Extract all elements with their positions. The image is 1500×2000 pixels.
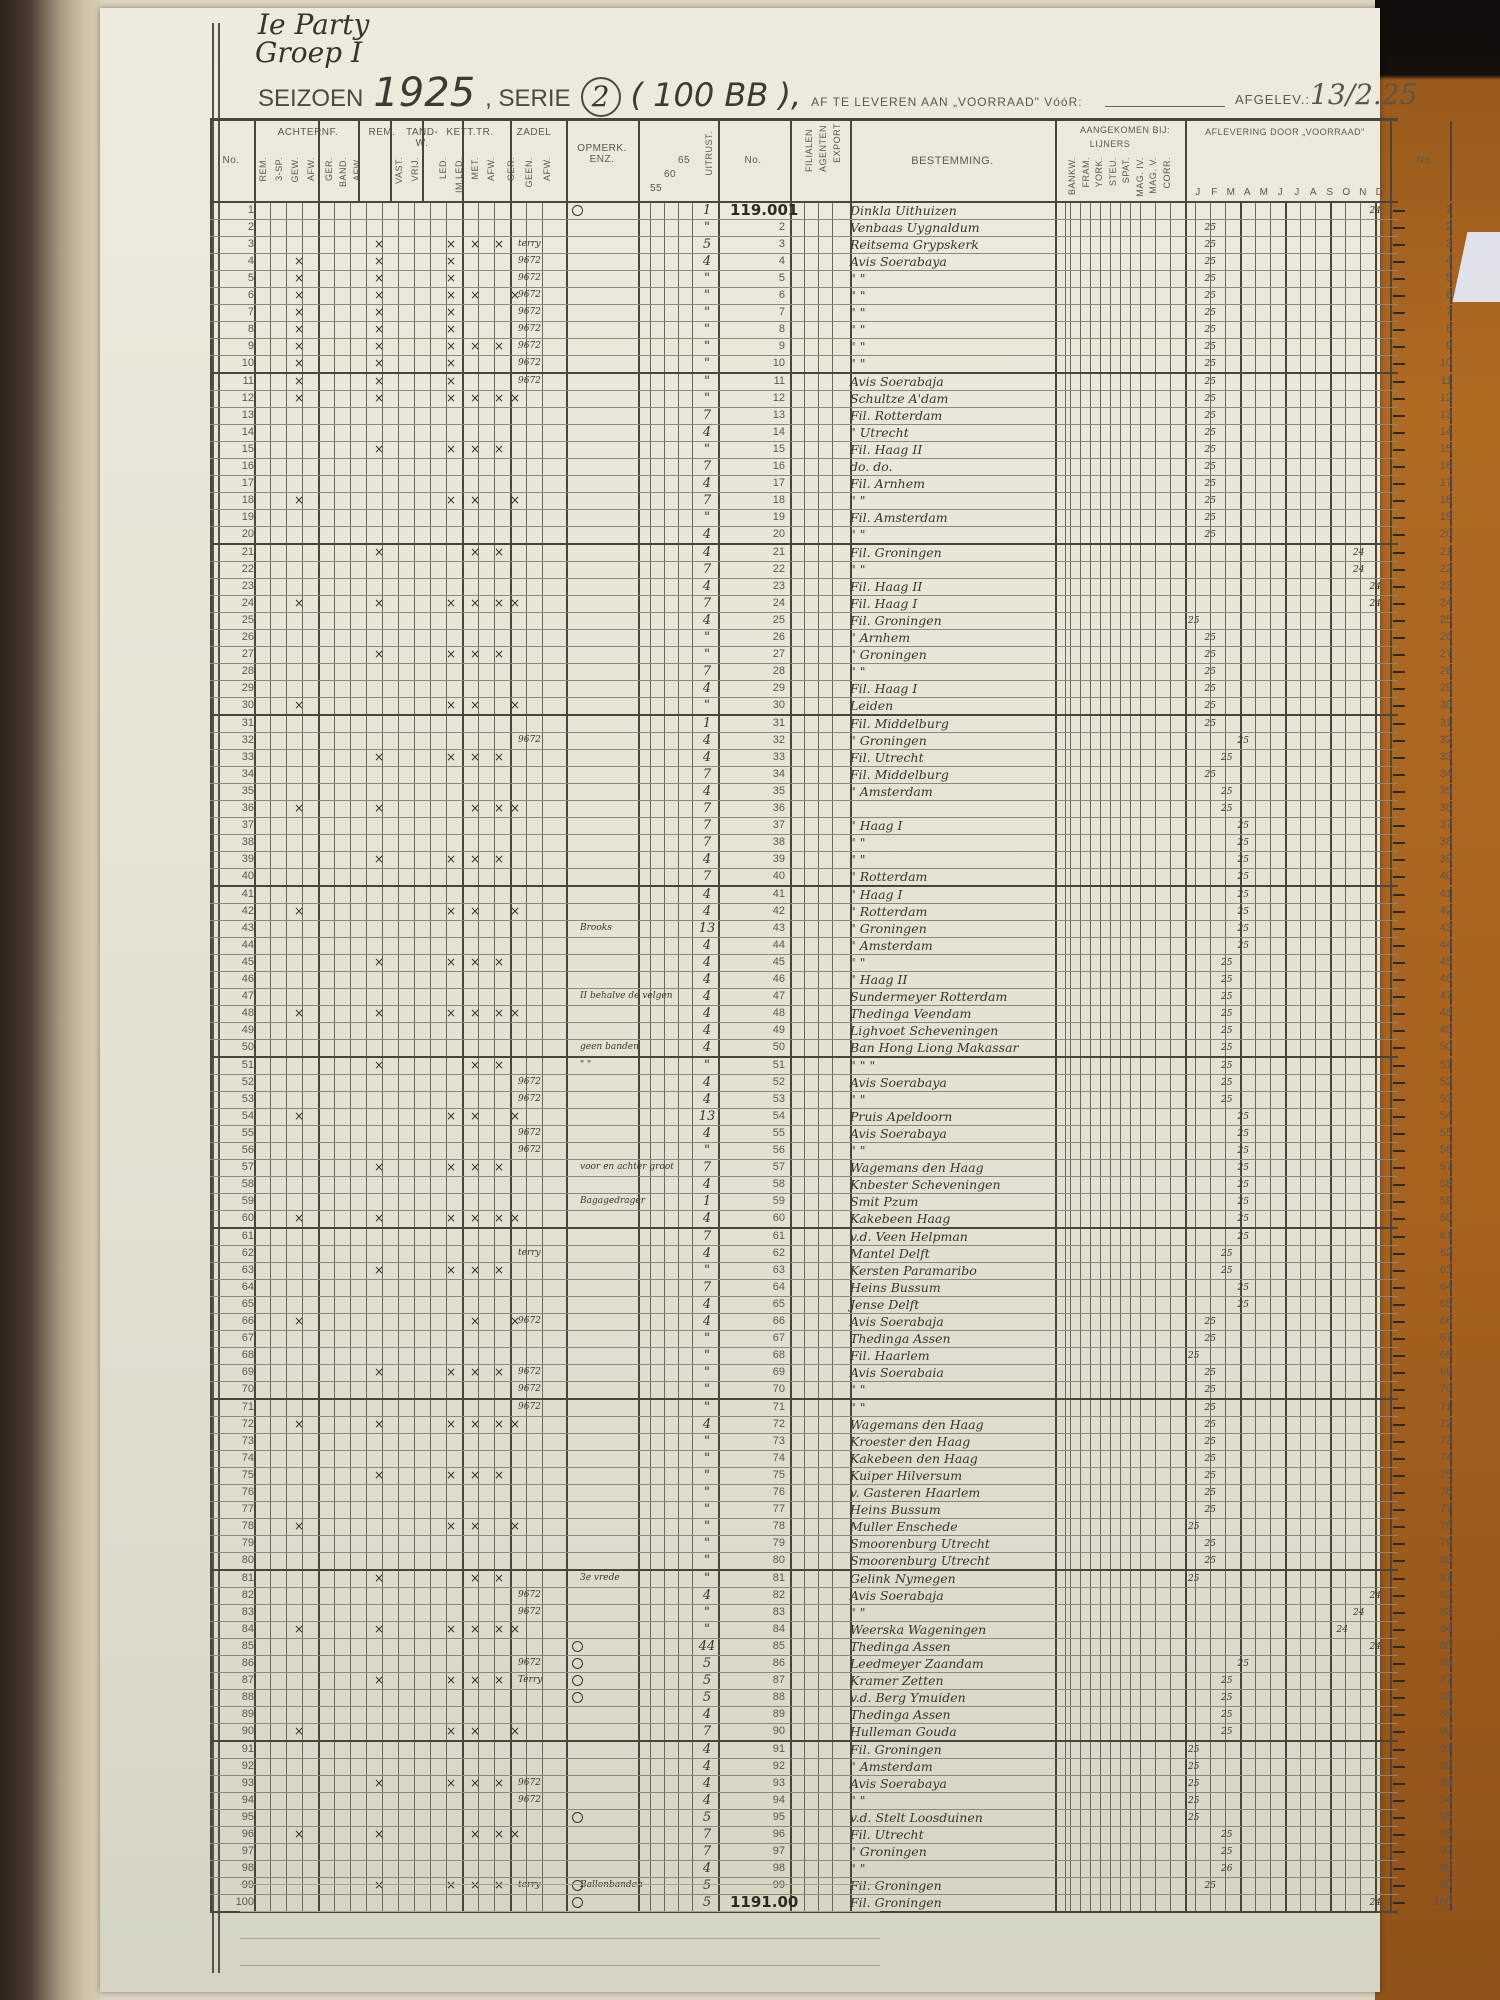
column-rule bbox=[478, 972, 479, 988]
column-rule bbox=[1080, 527, 1081, 543]
column-rule bbox=[1140, 1519, 1141, 1535]
column-rule bbox=[650, 630, 651, 646]
column-rule bbox=[1330, 750, 1332, 766]
column-rule bbox=[1055, 1006, 1057, 1022]
column-rule bbox=[526, 1485, 527, 1501]
column-rule bbox=[1315, 613, 1316, 629]
column-rule bbox=[1390, 1707, 1392, 1723]
column-rule bbox=[1185, 938, 1187, 954]
column-rule bbox=[462, 887, 464, 903]
column-rule bbox=[1375, 1776, 1377, 1792]
column-rule bbox=[526, 1331, 527, 1347]
column-rule bbox=[1390, 784, 1392, 800]
column-rule bbox=[678, 391, 679, 407]
column-rule bbox=[1100, 1673, 1101, 1689]
row-number-right: 31 bbox=[1422, 717, 1452, 729]
column-rule bbox=[1300, 442, 1301, 458]
column-rule bbox=[1120, 339, 1121, 355]
delivery-mark: 25 bbox=[1238, 1112, 1249, 1122]
column-rule bbox=[1130, 767, 1131, 783]
column-rule bbox=[526, 1263, 527, 1279]
column-rule bbox=[566, 1229, 568, 1245]
column-rule bbox=[1090, 972, 1091, 988]
column-rule bbox=[1330, 1690, 1332, 1706]
column-rule bbox=[510, 203, 512, 219]
column-rule bbox=[1315, 1759, 1316, 1775]
column-rule bbox=[318, 716, 320, 732]
column-rule bbox=[510, 869, 512, 885]
column-rule bbox=[1255, 1861, 1256, 1877]
column-rule bbox=[1055, 630, 1057, 646]
column-rule bbox=[478, 1605, 479, 1621]
column-rule bbox=[430, 1263, 431, 1279]
column-rule bbox=[302, 972, 303, 988]
column-rule bbox=[832, 442, 833, 458]
row-tick bbox=[1393, 1543, 1405, 1545]
column-rule bbox=[804, 442, 805, 458]
column-rule bbox=[664, 921, 665, 937]
header-lijners: LIJNERS bbox=[1080, 139, 1140, 149]
column-rule bbox=[1155, 904, 1156, 920]
column-rule bbox=[1375, 1810, 1377, 1826]
uitrust-value: 4 bbox=[692, 1075, 722, 1090]
column-rule bbox=[494, 1502, 495, 1518]
check-mark: × bbox=[470, 1006, 480, 1020]
uitrust-value: 1 bbox=[692, 1194, 722, 1209]
delivery-mark: 25 bbox=[1205, 496, 1216, 506]
column-rule bbox=[1210, 1348, 1211, 1364]
column-rule bbox=[1070, 989, 1071, 1005]
column-rule bbox=[1185, 459, 1187, 475]
column-rule bbox=[1360, 1092, 1361, 1108]
column-rule bbox=[270, 801, 271, 817]
column-rule bbox=[350, 630, 351, 646]
column-rule bbox=[1195, 852, 1196, 868]
column-rule bbox=[1345, 322, 1346, 338]
column-rule bbox=[1255, 220, 1256, 236]
delivery-mark: 25 bbox=[1205, 667, 1216, 677]
column-rule bbox=[832, 716, 833, 732]
column-rule bbox=[804, 972, 805, 988]
column-rule bbox=[1055, 1092, 1057, 1108]
column-rule bbox=[1170, 596, 1171, 612]
column-rule bbox=[398, 784, 399, 800]
table-row: 89489Thedinga Assen2589 bbox=[210, 1707, 1398, 1724]
column-rule bbox=[1130, 374, 1131, 390]
serial-suffix: 8 bbox=[725, 323, 785, 335]
column-rule bbox=[1070, 545, 1071, 561]
column-rule bbox=[478, 1126, 479, 1142]
column-rule bbox=[650, 681, 651, 697]
destination: " Haag II bbox=[850, 972, 907, 987]
column-rule bbox=[510, 1023, 512, 1039]
column-rule bbox=[334, 869, 335, 885]
column-rule bbox=[1390, 1793, 1392, 1809]
column-rule bbox=[650, 818, 651, 834]
header-rule bbox=[422, 121, 424, 201]
column-rule bbox=[414, 1622, 415, 1638]
destination: Fil. Haarlem bbox=[850, 1348, 930, 1363]
column-rule bbox=[478, 254, 479, 270]
column-rule bbox=[1300, 750, 1301, 766]
column-rule bbox=[430, 322, 431, 338]
column-rule bbox=[1195, 1588, 1196, 1604]
column-rule bbox=[494, 1075, 495, 1091]
column-rule bbox=[1140, 921, 1141, 937]
column-rule bbox=[1270, 1690, 1271, 1706]
column-rule bbox=[1100, 989, 1101, 1005]
column-rule bbox=[832, 288, 833, 304]
column-rule bbox=[366, 852, 367, 868]
column-rule bbox=[638, 1827, 640, 1843]
column-rule bbox=[318, 698, 320, 714]
column-rule bbox=[462, 493, 464, 509]
column-rule bbox=[1080, 579, 1081, 595]
column-rule bbox=[1255, 1417, 1256, 1433]
destination: Muller Enschede bbox=[850, 1519, 958, 1534]
column-rule bbox=[678, 1058, 679, 1074]
column-rule bbox=[1185, 1468, 1187, 1484]
column-rule bbox=[1390, 835, 1392, 851]
column-rule bbox=[462, 647, 464, 663]
serial-suffix: 61 bbox=[725, 1230, 785, 1242]
column-rule bbox=[1330, 1382, 1332, 1398]
table-row: 68"68Fil. Haarlem2568 bbox=[210, 1348, 1398, 1365]
column-rule bbox=[1255, 1040, 1256, 1056]
column-rule bbox=[334, 596, 335, 612]
column-rule bbox=[1065, 510, 1066, 526]
column-rule bbox=[1285, 1759, 1287, 1775]
sub-lijner-5: MAG. IV. bbox=[1135, 157, 1145, 197]
column-rule bbox=[804, 374, 805, 390]
column-rule bbox=[494, 1690, 495, 1706]
column-rule bbox=[678, 1348, 679, 1364]
column-rule bbox=[1390, 716, 1392, 732]
column-rule bbox=[1330, 1331, 1332, 1347]
column-rule bbox=[638, 579, 640, 595]
column-rule bbox=[1195, 955, 1196, 971]
column-rule bbox=[1255, 271, 1256, 287]
column-rule bbox=[678, 1246, 679, 1262]
column-rule bbox=[790, 1434, 792, 1450]
check-mark: × bbox=[446, 339, 456, 353]
column-rule bbox=[1170, 630, 1171, 646]
column-rule bbox=[542, 1177, 543, 1193]
check-mark: × bbox=[510, 1006, 520, 1020]
column-rule bbox=[638, 527, 640, 543]
column-rule bbox=[1285, 767, 1287, 783]
column-rule bbox=[1155, 835, 1156, 851]
column-rule bbox=[1120, 613, 1121, 629]
delivery-mark: 24 bbox=[1370, 582, 1381, 592]
column-rule bbox=[1330, 356, 1332, 372]
column-rule bbox=[318, 767, 320, 783]
column-rule bbox=[1240, 1690, 1242, 1706]
column-rule bbox=[350, 1177, 351, 1193]
column-rule bbox=[790, 1348, 792, 1364]
column-rule bbox=[462, 630, 464, 646]
column-rule bbox=[1065, 1417, 1066, 1433]
column-rule bbox=[254, 1656, 256, 1672]
serial-suffix: 29 bbox=[725, 682, 785, 694]
column-rule bbox=[1330, 1656, 1332, 1672]
column-rule bbox=[1055, 254, 1057, 270]
column-rule bbox=[832, 1006, 833, 1022]
column-rule bbox=[270, 1656, 271, 1672]
circle-mark bbox=[572, 1658, 583, 1669]
column-rule bbox=[790, 1263, 792, 1279]
column-rule bbox=[1065, 733, 1066, 749]
column-rule bbox=[566, 493, 568, 509]
column-rule bbox=[1120, 1690, 1121, 1706]
header-achternf: ACHTERNF. bbox=[258, 127, 358, 138]
check-mark: × bbox=[294, 391, 304, 405]
destination: Avis Soerabaya bbox=[850, 1776, 947, 1791]
column-rule bbox=[1195, 1092, 1196, 1108]
column-rule bbox=[430, 459, 431, 475]
column-rule bbox=[638, 972, 640, 988]
column-rule bbox=[1360, 1759, 1361, 1775]
column-rule bbox=[1185, 1895, 1187, 1911]
column-rule bbox=[1300, 1280, 1301, 1296]
serial-suffix: 41 bbox=[725, 888, 785, 900]
column-rule bbox=[1285, 391, 1287, 407]
column-rule bbox=[1065, 322, 1066, 338]
column-rule bbox=[446, 989, 447, 1005]
column-rule bbox=[398, 1092, 399, 1108]
column-rule bbox=[1070, 1724, 1071, 1740]
column-rule bbox=[1080, 1519, 1081, 1535]
column-rule bbox=[286, 476, 287, 492]
column-rule bbox=[1315, 1639, 1316, 1655]
column-rule bbox=[1225, 818, 1226, 834]
column-rule bbox=[1090, 288, 1091, 304]
column-rule bbox=[494, 1040, 495, 1056]
column-rule bbox=[398, 1297, 399, 1313]
row-tick bbox=[1393, 500, 1405, 502]
column-rule bbox=[1345, 869, 1346, 885]
column-rule bbox=[790, 698, 792, 714]
circle-mark bbox=[572, 1675, 583, 1686]
column-rule bbox=[254, 664, 256, 680]
column-rule bbox=[1225, 921, 1226, 937]
column-rule bbox=[334, 1297, 335, 1313]
column-rule bbox=[398, 955, 399, 971]
column-rule bbox=[1345, 254, 1346, 270]
column-rule bbox=[664, 220, 665, 236]
column-rule bbox=[462, 408, 464, 424]
column-rule bbox=[318, 1776, 320, 1792]
row-tick bbox=[1393, 363, 1405, 365]
column-rule bbox=[494, 1092, 495, 1108]
column-rule bbox=[270, 1365, 271, 1381]
column-rule bbox=[1130, 1400, 1131, 1416]
column-rule bbox=[1110, 630, 1111, 646]
column-rule bbox=[286, 374, 287, 390]
uitrust-value: " bbox=[692, 1434, 722, 1449]
column-rule bbox=[664, 1485, 665, 1501]
column-rule bbox=[1155, 1331, 1156, 1347]
column-rule bbox=[1140, 271, 1141, 287]
check-mark: × bbox=[470, 1827, 480, 1841]
column-rule bbox=[1225, 1742, 1226, 1758]
column-rule bbox=[1330, 767, 1332, 783]
column-rule bbox=[566, 1194, 568, 1210]
column-rule bbox=[1360, 989, 1361, 1005]
column-rule bbox=[1285, 1451, 1287, 1467]
column-rule bbox=[1185, 1810, 1187, 1826]
column-rule bbox=[286, 288, 287, 304]
column-rule bbox=[1345, 733, 1346, 749]
column-rule bbox=[1390, 1092, 1392, 1108]
column-rule bbox=[1080, 1160, 1081, 1176]
column-rule bbox=[1330, 921, 1332, 937]
destination: " Utrecht bbox=[850, 425, 909, 440]
serial-suffix: 18 bbox=[725, 494, 785, 506]
column-rule bbox=[1070, 1810, 1071, 1826]
header-rule bbox=[790, 121, 792, 201]
column-rule bbox=[1110, 1331, 1111, 1347]
column-rule bbox=[1130, 1707, 1131, 1723]
column-rule bbox=[790, 1177, 792, 1193]
column-rule bbox=[818, 1160, 819, 1176]
column-rule bbox=[1130, 459, 1131, 475]
column-rule bbox=[1130, 1160, 1131, 1176]
serial-suffix: 64 bbox=[725, 1281, 785, 1293]
column-rule bbox=[1080, 1006, 1081, 1022]
column-rule bbox=[832, 562, 833, 578]
column-rule bbox=[350, 562, 351, 578]
column-rule bbox=[270, 887, 271, 903]
row-number-right: 39 bbox=[1422, 853, 1452, 865]
column-rule bbox=[1110, 1895, 1111, 1911]
column-rule bbox=[1255, 784, 1256, 800]
column-rule bbox=[1090, 1092, 1091, 1108]
row-tick bbox=[1393, 1201, 1405, 1203]
column-rule bbox=[1315, 1246, 1316, 1262]
column-rule bbox=[1345, 1400, 1346, 1416]
column-rule bbox=[1315, 989, 1316, 1005]
column-rule bbox=[1285, 1023, 1287, 1039]
column-rule bbox=[366, 613, 367, 629]
column-rule bbox=[1110, 1588, 1111, 1604]
column-rule bbox=[1100, 1160, 1101, 1176]
column-rule bbox=[1360, 921, 1361, 937]
column-rule bbox=[1285, 1365, 1287, 1381]
column-rule bbox=[382, 989, 383, 1005]
column-rule bbox=[1375, 1160, 1377, 1176]
column-rule bbox=[1375, 1280, 1377, 1296]
row-number-right: 61 bbox=[1422, 1230, 1452, 1242]
column-rule bbox=[542, 1263, 543, 1279]
column-rule bbox=[446, 1485, 447, 1501]
column-rule bbox=[832, 1109, 833, 1125]
column-rule bbox=[286, 1006, 287, 1022]
column-rule bbox=[462, 545, 464, 561]
column-rule bbox=[1130, 887, 1131, 903]
row-number-right: 34 bbox=[1422, 768, 1452, 780]
column-rule bbox=[494, 681, 495, 697]
column-rule bbox=[398, 510, 399, 526]
column-rule bbox=[462, 1143, 464, 1159]
column-rule bbox=[1375, 1451, 1377, 1467]
column-rule bbox=[334, 527, 335, 543]
column-rule bbox=[494, 1348, 495, 1364]
column-rule bbox=[382, 1126, 383, 1142]
column-rule bbox=[1065, 972, 1066, 988]
column-rule bbox=[1195, 1382, 1196, 1398]
saddle-code: 9672 bbox=[518, 290, 541, 300]
column-rule bbox=[678, 1502, 679, 1518]
column-rule bbox=[1185, 1861, 1187, 1877]
column-rule bbox=[1120, 1434, 1121, 1450]
column-rule bbox=[510, 510, 512, 526]
column-rule bbox=[1155, 271, 1156, 287]
column-rule bbox=[478, 835, 479, 851]
column-rule bbox=[1070, 1793, 1071, 1809]
column-rule bbox=[414, 1673, 415, 1689]
column-rule bbox=[1255, 1895, 1256, 1911]
column-rule bbox=[818, 1810, 819, 1826]
column-rule bbox=[638, 1690, 640, 1706]
column-rule bbox=[1080, 955, 1081, 971]
row-tick bbox=[1393, 1851, 1405, 1853]
column-rule bbox=[1195, 664, 1196, 680]
table-row: 4×××967244Avis Soerabaya254 bbox=[210, 254, 1398, 271]
column-rule bbox=[1315, 835, 1316, 851]
check-mark: × bbox=[446, 1211, 456, 1225]
column-rule bbox=[1330, 1519, 1332, 1535]
column-rule bbox=[350, 1023, 351, 1039]
delivery-mark: 25 bbox=[1205, 1368, 1216, 1378]
column-rule bbox=[1300, 1194, 1301, 1210]
column-rule bbox=[1140, 784, 1141, 800]
column-rule bbox=[1345, 527, 1346, 543]
column-rule bbox=[1065, 203, 1066, 219]
column-rule bbox=[526, 1759, 527, 1775]
destination: Avis Soerabaya bbox=[850, 254, 947, 269]
column-rule bbox=[1255, 510, 1256, 526]
row-number-right: 65 bbox=[1422, 1298, 1452, 1310]
column-rule bbox=[510, 1759, 512, 1775]
column-rule bbox=[804, 921, 805, 937]
column-rule bbox=[1065, 1502, 1066, 1518]
left-book-page bbox=[0, 0, 100, 2000]
column-rule bbox=[1055, 442, 1057, 458]
column-rule bbox=[1300, 1827, 1301, 1843]
row-number-right: 20 bbox=[1422, 528, 1452, 540]
column-rule bbox=[1345, 1314, 1346, 1330]
column-rule bbox=[566, 339, 568, 355]
column-rule bbox=[414, 1468, 415, 1484]
column-rule bbox=[270, 1314, 271, 1330]
column-rule bbox=[638, 1006, 640, 1022]
uitrust-value: 4 bbox=[692, 1040, 722, 1055]
row-number: 72 bbox=[210, 1418, 254, 1430]
column-rule bbox=[832, 1827, 833, 1843]
column-rule bbox=[664, 1605, 665, 1621]
column-rule bbox=[1315, 1571, 1316, 1587]
column-rule bbox=[1255, 972, 1256, 988]
column-rule bbox=[1330, 1417, 1332, 1433]
column-rule bbox=[254, 1177, 256, 1193]
column-rule bbox=[1065, 1742, 1066, 1758]
column-rule bbox=[286, 1742, 287, 1758]
column-rule bbox=[462, 1058, 464, 1074]
column-rule bbox=[1375, 716, 1377, 732]
check-mark: × bbox=[294, 1827, 304, 1841]
column-rule bbox=[818, 510, 819, 526]
